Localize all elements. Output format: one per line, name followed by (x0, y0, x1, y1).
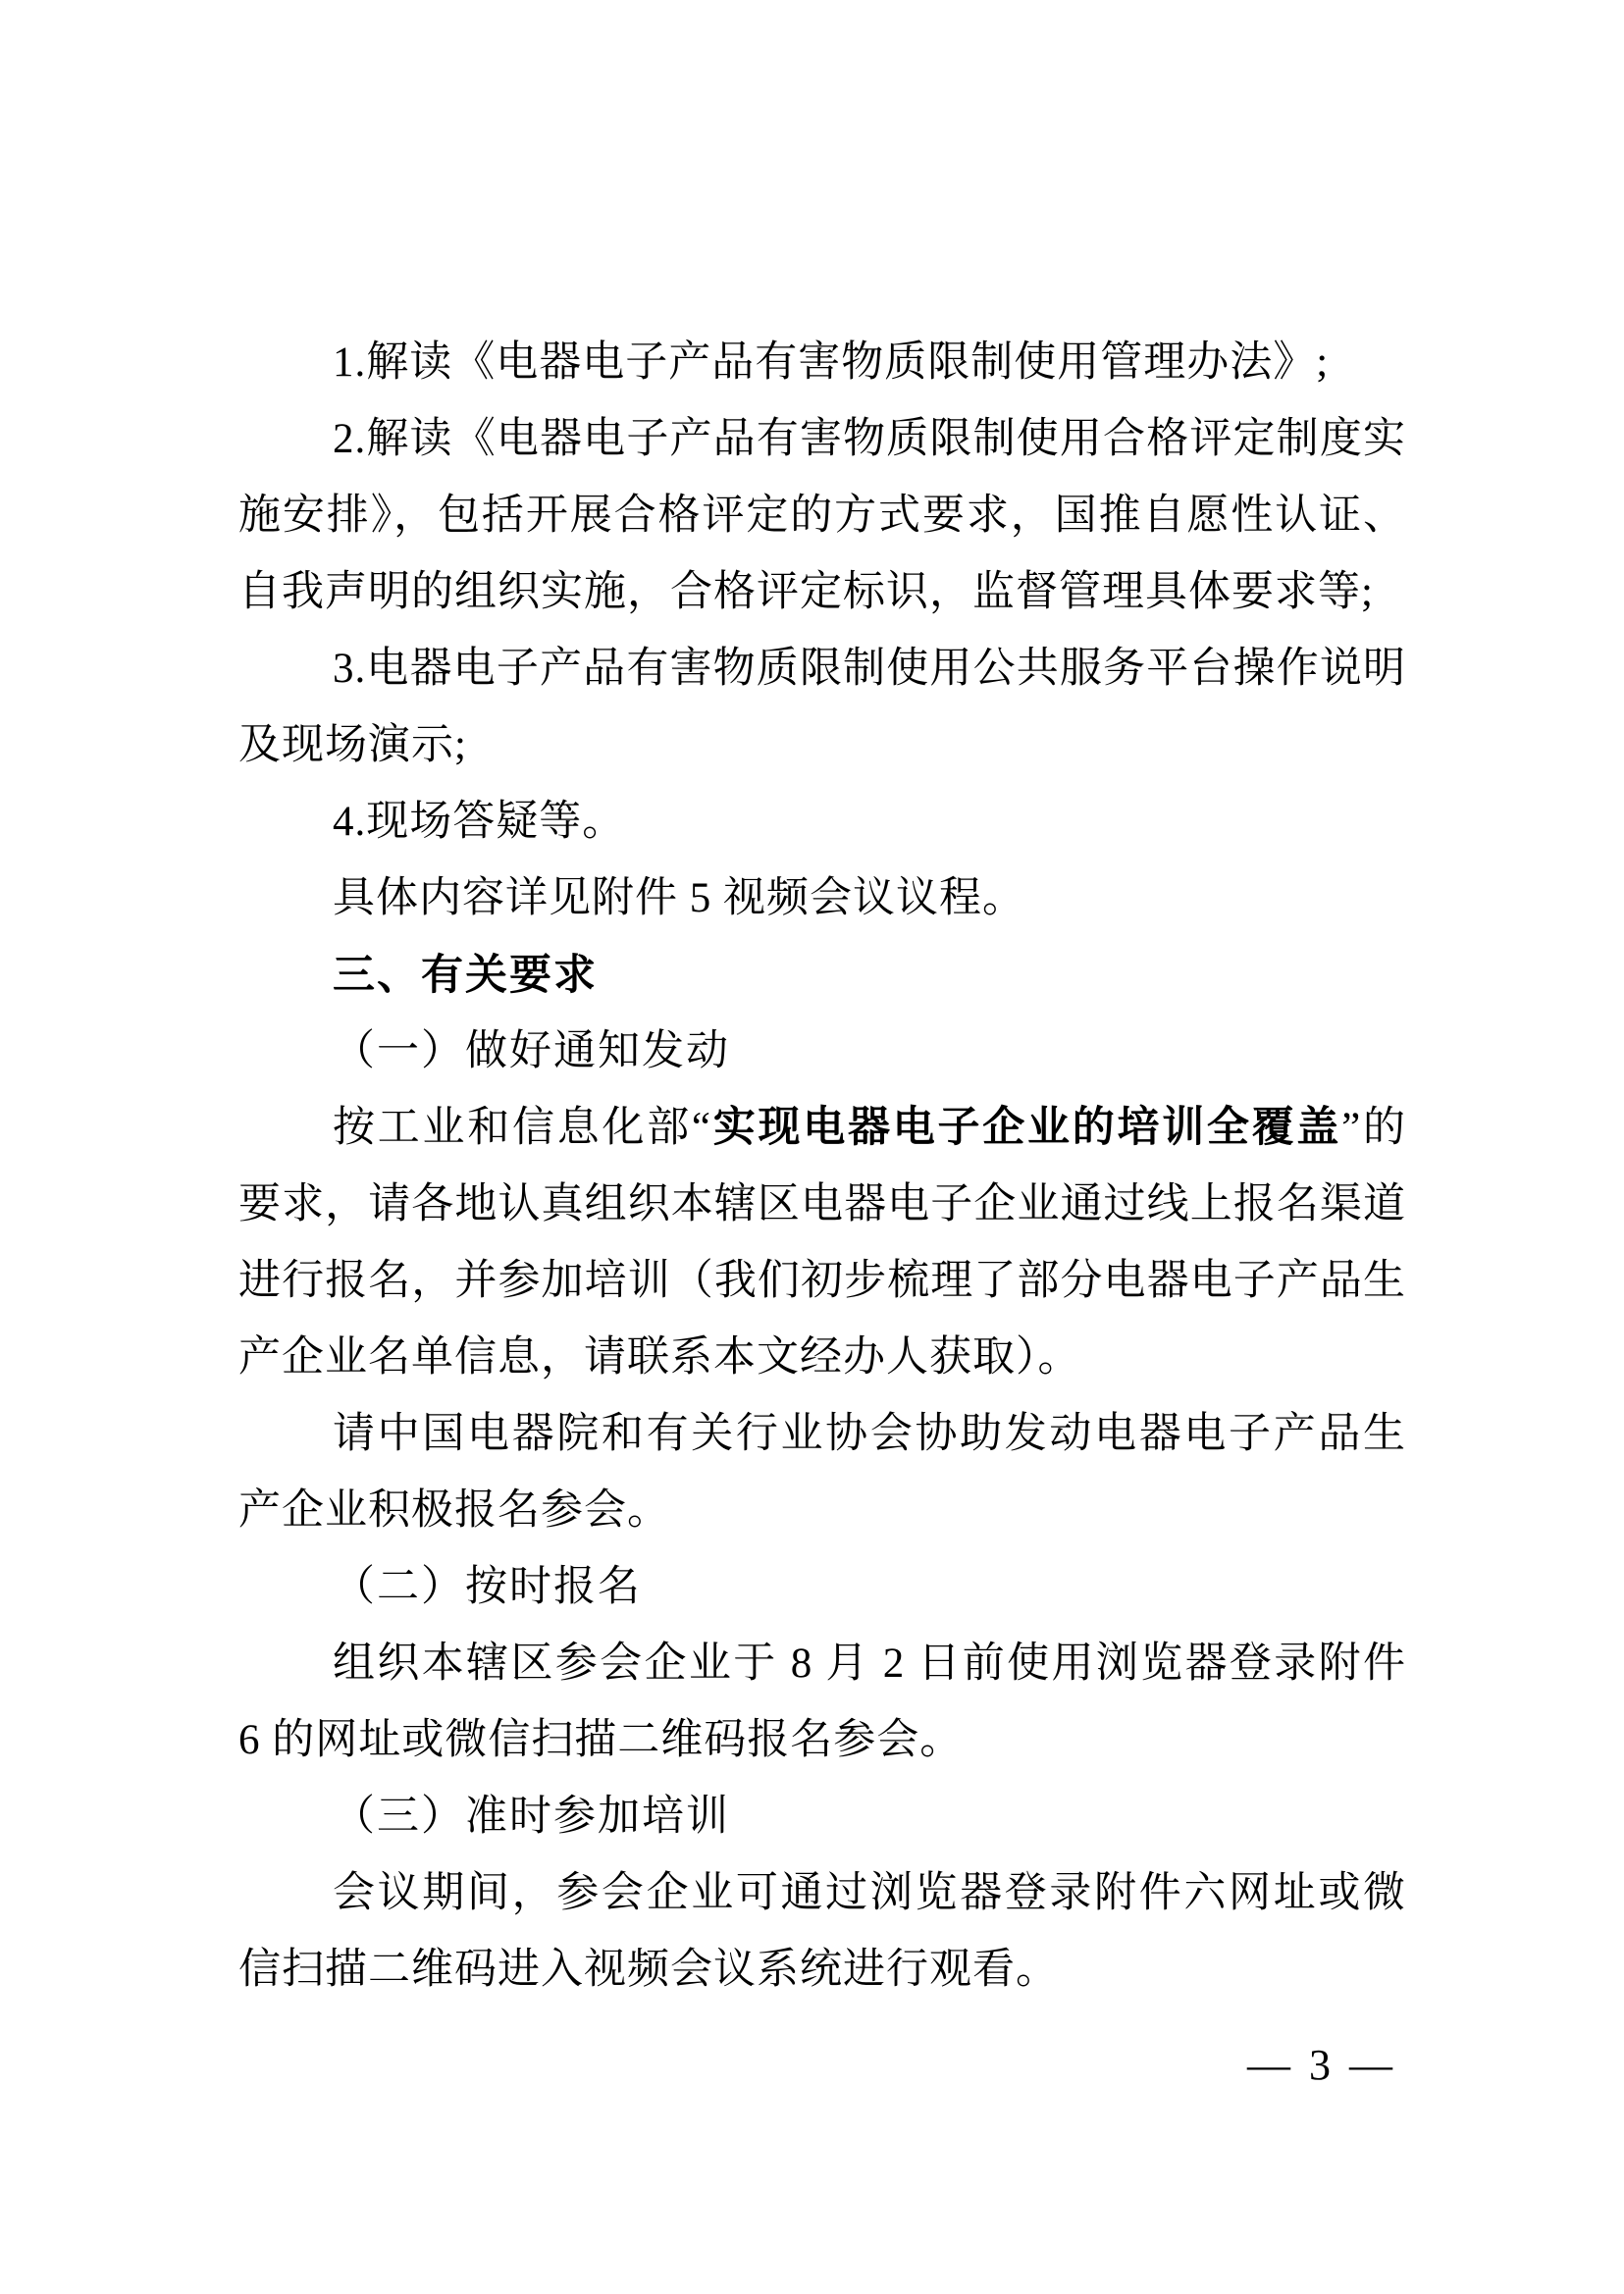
requirement-1-paragraph-2: 请中国电器院和有关行业协会协助发动电器电子产品生产企业积极报名参会。 (238, 1396, 1406, 1549)
section-3-heading: 三、有关要求 (238, 937, 1406, 1014)
requirement-1-paragraph: 按工业和信息化部“实现电器电子企业的培训全覆盖”的要求，请各地认真组织本辖区电器… (238, 1090, 1406, 1396)
requirement-3-paragraph: 会议期间，参会企业可通过浏览器登录附件六网址或微信扫描二维码进入视频会议系统进行… (238, 1855, 1406, 2008)
requirement-1-text-before-quote: 按工业和信息化部“ (333, 1105, 711, 1151)
requirement-1-bold-quote: 实现电器电子企业的培训全覆盖 (711, 1105, 1341, 1151)
requirement-2-paragraph: 组织本辖区参会企业于 8 月 2 日前使用浏览器登录附件 6 的网址或微信扫描二… (238, 1626, 1406, 1779)
requirement-3-heading: （三）准时参加培训 (238, 1779, 1406, 1855)
page-number: — 3 — (1247, 2044, 1396, 2087)
agenda-item-4: 4.现场答疑等。 (238, 784, 1406, 860)
document-body: 1.解读《电器电子产品有害物质限制使用管理办法》; 2.解读《电器电子产品有害物… (238, 325, 1406, 2008)
agenda-item-2: 2.解读《电器电子产品有害物质限制使用合格评定制度实施安排》，包括开展合格评定的… (238, 401, 1406, 631)
agenda-item-3: 3.电器电子产品有害物质限制使用公共服务平台操作说明及现场演示; (238, 631, 1406, 784)
requirement-1-heading: （一）做好通知发动 (238, 1014, 1406, 1090)
requirement-2-heading: （二）按时报名 (238, 1549, 1406, 1626)
agenda-item-1: 1.解读《电器电子产品有害物质限制使用管理办法》; (238, 325, 1406, 401)
agenda-note: 具体内容详见附件 5 视频会议议程。 (238, 860, 1406, 937)
